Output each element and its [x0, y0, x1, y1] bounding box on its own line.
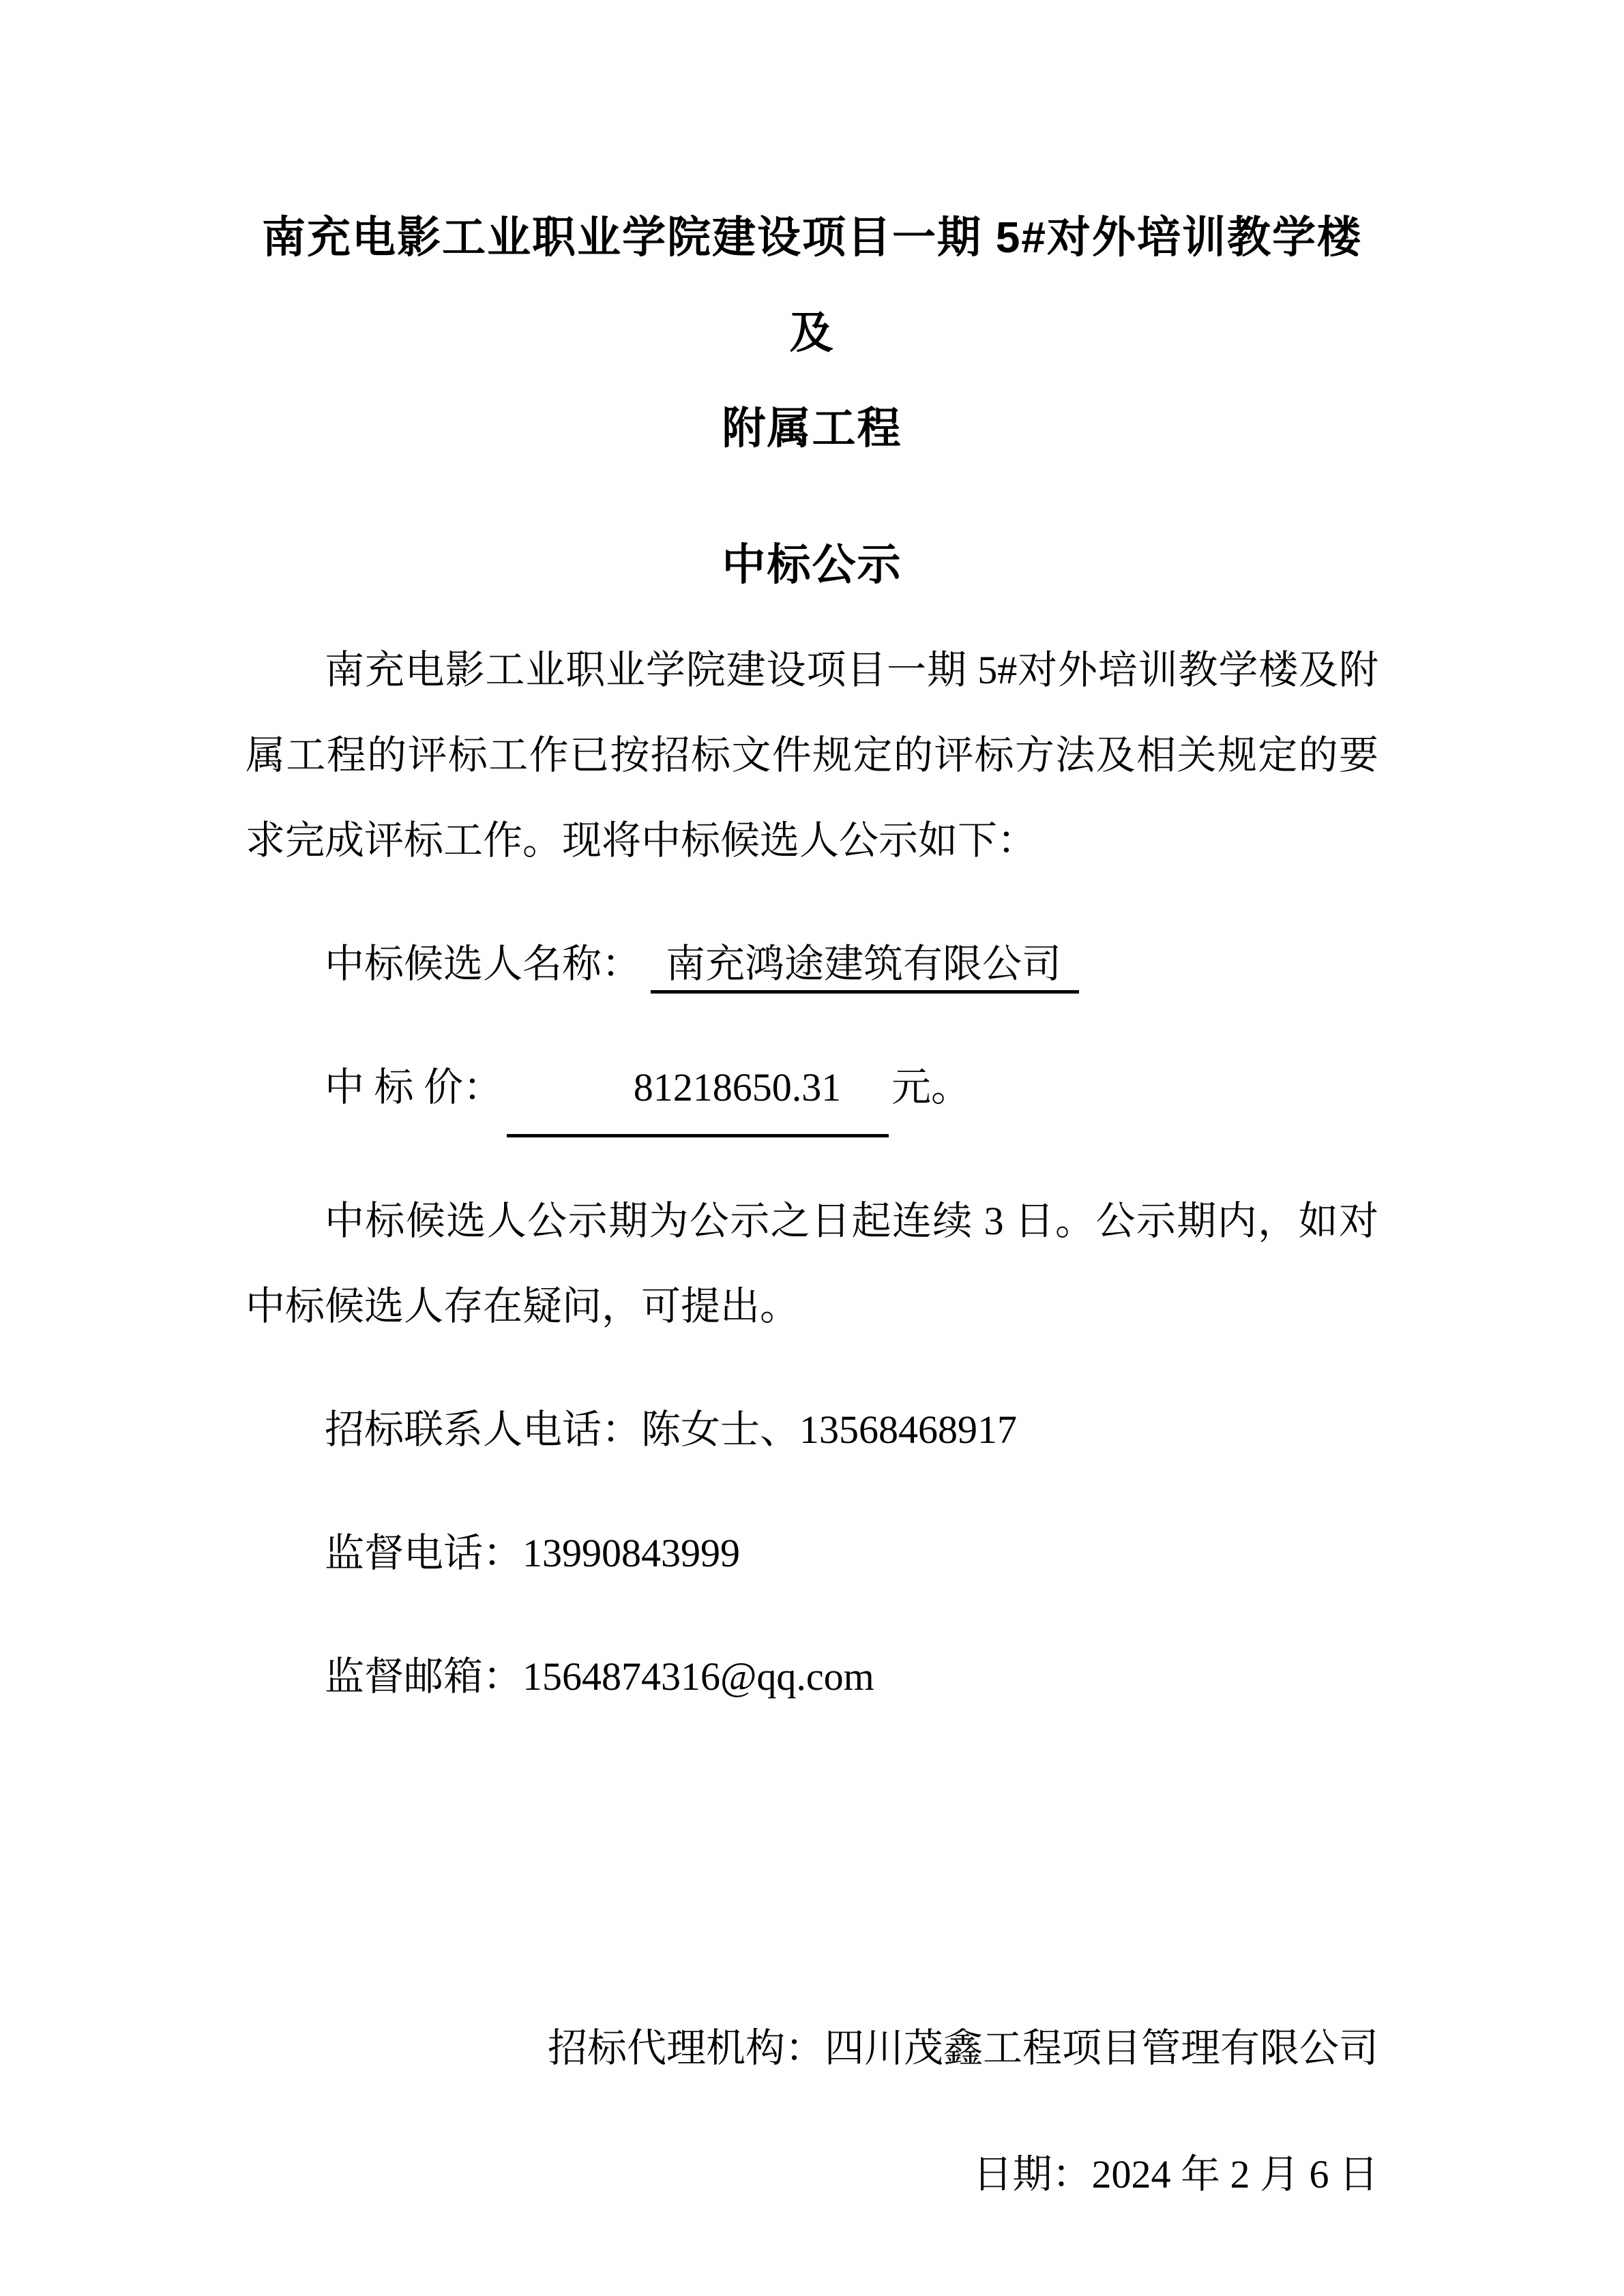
title-line-1: 南充电影工业职业学院建设项目一期 5#对外培训教学楼及	[246, 190, 1378, 381]
notice-paragraph: 中标候选人公示期为公示之日起连续 3 日。公示期内，如对中标候选人存在疑问，可提…	[246, 1178, 1378, 1349]
title-line-2: 附属工程	[246, 381, 1378, 476]
winner-line: 中标候选人名称：南充鸿途建筑有限公司	[246, 921, 1378, 1007]
contact-line: 招标联系人电话：陈女士、13568468917	[246, 1387, 1378, 1472]
price-suffix: 元。	[891, 1065, 971, 1109]
date-line: 日期：2024 年 2 月 6 日	[246, 2132, 1378, 2217]
supervision-phone-line: 监督电话：13990843999	[246, 1510, 1378, 1596]
document-subtitle: 中标公示	[246, 517, 1378, 612]
winner-label: 中标候选人名称：	[325, 942, 641, 986]
agency-line: 招标代理机构：四川茂鑫工程项目管理有限公司	[246, 2006, 1378, 2091]
intro-paragraph: 南充电影工业职业学院建设项目一期 5#对外培训教学楼及附属工程的评标工作已按招标…	[246, 627, 1378, 883]
winner-name: 南充鸿途建筑有限公司	[651, 942, 1079, 994]
document-page: 南充电影工业职业学院建设项目一期 5#对外培训教学楼及 附属工程 中标公示 南充…	[0, 0, 1624, 2296]
supervision-email-line: 监督邮箱：1564874316@qq.com	[246, 1634, 1378, 1719]
price-label: 中 标 价：	[325, 1065, 503, 1109]
price-line: 中 标 价：81218650.31元。	[246, 1045, 1378, 1137]
document-title: 南充电影工业职业学院建设项目一期 5#对外培训教学楼及 附属工程	[246, 190, 1378, 476]
price-value: 81218650.31	[507, 1045, 889, 1137]
